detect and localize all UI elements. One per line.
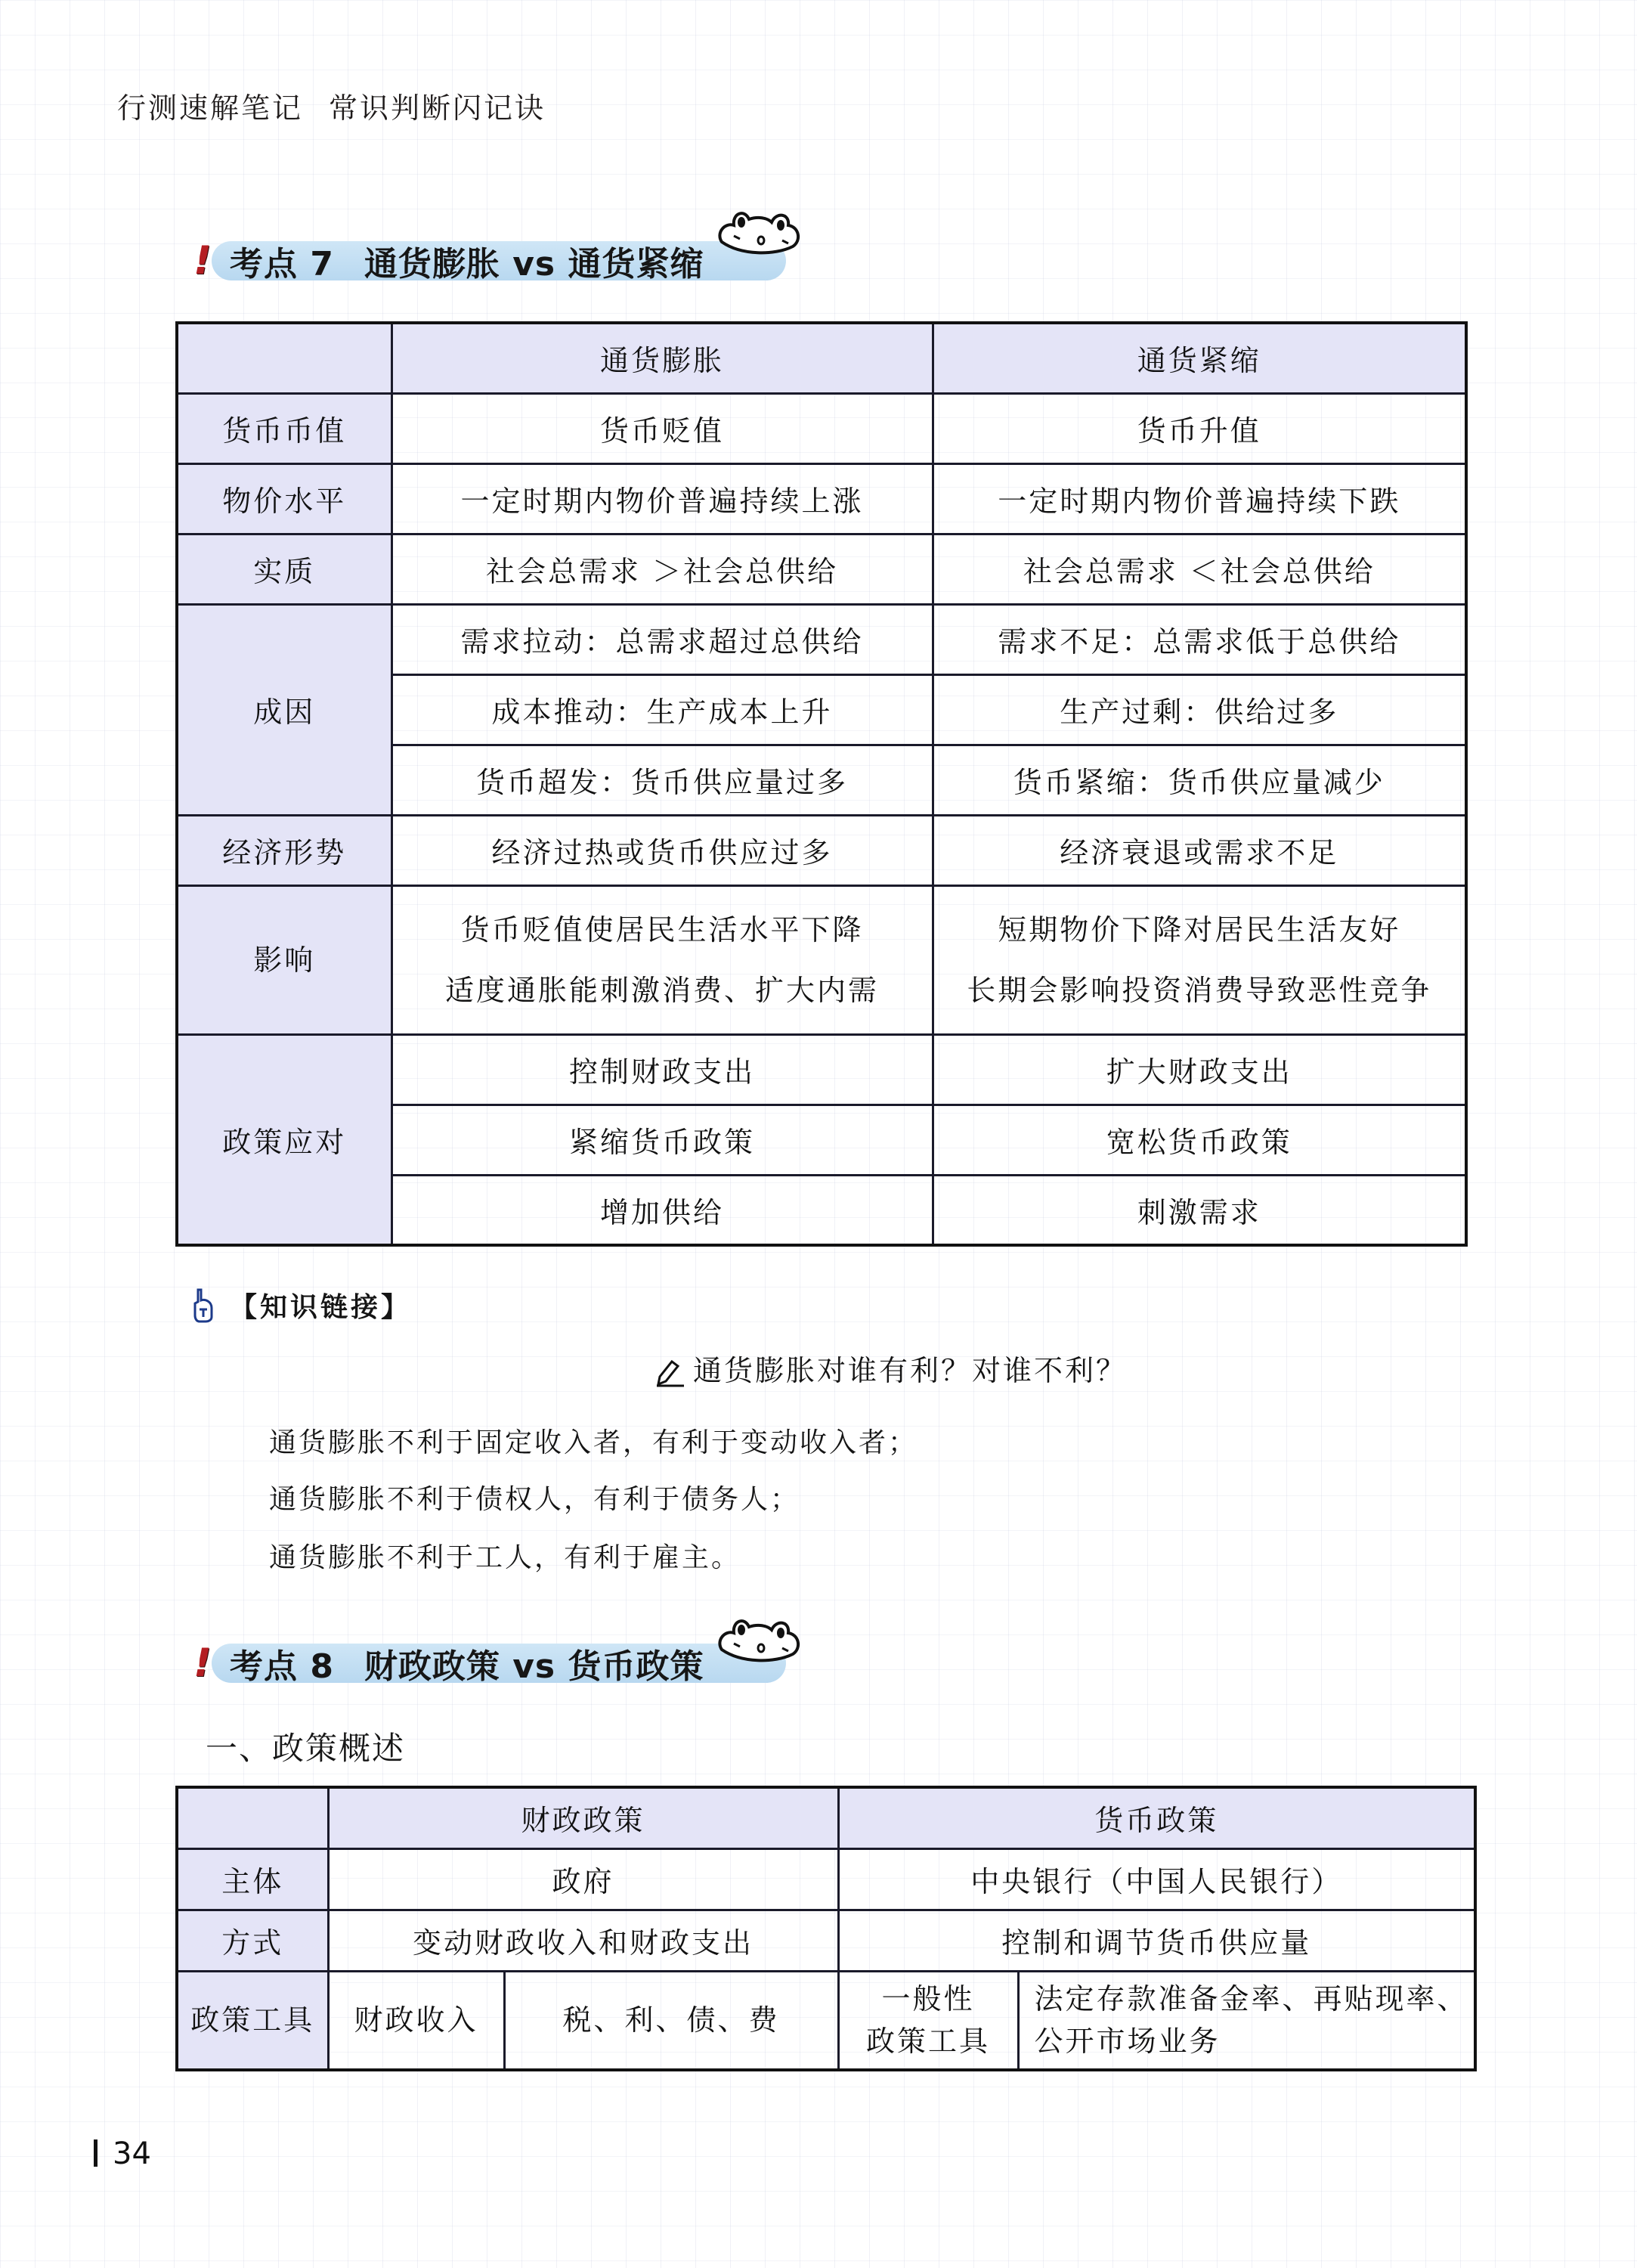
cell-deflation: 生产过剩：供给过多 — [933, 674, 1466, 745]
header-deflation: 通货紧缩 — [933, 323, 1466, 393]
table-row: 经济形势 经济过热或货币供应过多 经济衰退或需求不足 — [177, 815, 1466, 885]
knowledge-line: 通货膨胀不利于工人，有利于雇主。 — [269, 1536, 741, 1575]
cell-inflation: 需求拉动：总需求超过总供给 — [391, 604, 933, 674]
knowledge-link-label: 【知识链接】 — [224, 1286, 417, 1325]
question-text: 通货膨胀对谁有利？对谁不利？ — [693, 1354, 1127, 1387]
book-title: 行测速解笔记 — [117, 91, 303, 125]
items-line: 公开市场业务 — [1035, 2020, 1475, 2062]
running-header: 行测速解笔记常识判断闪记诀 — [117, 85, 546, 126]
table-row: 货币币值 货币贬值 货币升值 — [177, 393, 1466, 463]
row-label-method: 方式 — [177, 1910, 328, 1971]
cell-fiscal-category: 财政收入 — [328, 1971, 504, 2070]
inflation-deflation-table: 通货膨胀 通货紧缩 货币币值 货币贬值 货币升值 物价水平 一定时期内物价普遍持… — [175, 321, 1468, 1247]
cell-inflation: 货币贬值 — [391, 393, 933, 463]
cell-inflation: 货币贬值使居民生活水平下降 适度通胀能刺激消费、扩大内需 — [391, 885, 933, 1034]
page-number: 34 — [94, 2136, 151, 2171]
row-label-policy-response: 政策应对 — [177, 1034, 391, 1245]
impact-line: 短期物价下降对居民生活友好 — [934, 900, 1465, 960]
cell-fiscal: 变动财政收入和财政支出 — [328, 1910, 838, 1971]
cell-deflation: 刺激需求 — [933, 1175, 1466, 1245]
cell-inflation: 一定时期内物价普遍持续上涨 — [391, 463, 933, 534]
cell-fiscal: 政府 — [328, 1848, 838, 1910]
section-8-name: 财政政策 vs 货币政策 — [364, 1647, 704, 1686]
cell-monetary-items: 法定存款准备金率、再贴现率、 公开市场业务 — [1018, 1971, 1475, 2070]
cell-inflation: 货币超发：货币供应量过多 — [391, 745, 933, 815]
category-line: 一般性 — [840, 1978, 1017, 2020]
cell-inflation: 经济过热或货币供应过多 — [391, 815, 933, 885]
section-8-title: ! 考点 8财政政策 vs 货币政策 — [189, 1633, 794, 1693]
cell-deflation: 短期物价下降对居民生活友好 长期会影响投资消费导致恶性竞争 — [933, 885, 1466, 1034]
row-label-price-level: 物价水平 — [177, 463, 391, 534]
table-row: 主体 政府 中央银行（中国人民银行） — [177, 1848, 1475, 1910]
page-number-bar — [94, 2139, 97, 2167]
cell-inflation: 社会总需求 ＞社会总供给 — [391, 534, 933, 604]
cell-deflation: 宽松货币政策 — [933, 1105, 1466, 1175]
row-label-tools: 政策工具 — [177, 1971, 328, 2070]
table-row: 影响 货币贬值使居民生活水平下降 适度通胀能刺激消费、扩大内需 短期物价下降对居… — [177, 885, 1466, 1034]
cell-monetary: 控制和调节货币供应量 — [838, 1910, 1475, 1971]
table-row: 政策应对 控制财政支出 扩大财政支出 — [177, 1034, 1466, 1105]
knowledge-question: 通货膨胀对谁有利？对谁不利？ — [0, 1347, 1637, 1389]
row-label-causes: 成因 — [177, 604, 391, 815]
table-header-row: 通货膨胀 通货紧缩 — [177, 323, 1466, 393]
cell-deflation: 社会总需求 ＜社会总供给 — [933, 534, 1466, 604]
exclamation-icon: ! — [189, 238, 216, 283]
fiscal-monetary-table: 财政政策 货币政策 主体 政府 中央银行（中国人民银行） 方式 变动财政收入和财… — [175, 1786, 1477, 2071]
cell-deflation: 扩大财政支出 — [933, 1034, 1466, 1105]
cell-monetary: 中央银行（中国人民银行） — [838, 1848, 1475, 1910]
row-label-currency-value: 货币币值 — [177, 393, 391, 463]
header-inflation: 通货膨胀 — [391, 323, 933, 393]
table-row: 物价水平 一定时期内物价普遍持续上涨 一定时期内物价普遍持续下跌 — [177, 463, 1466, 534]
section-7-title: ! 考点 7通货膨胀 vs 通货紧缩 — [189, 231, 794, 291]
policy-overview-subheading: 一、政策概述 — [206, 1724, 405, 1769]
section-8-number: 考点 8 — [230, 1647, 334, 1686]
section-7-name: 通货膨胀 vs 通货紧缩 — [364, 245, 704, 283]
table-row: 成因 需求拉动：总需求超过总供给 需求不足：总需求低于总供给 — [177, 604, 1466, 674]
cell-deflation: 货币升值 — [933, 393, 1466, 463]
impact-line: 长期会影响投资消费导致恶性竞争 — [934, 960, 1465, 1021]
category-line: 政策工具 — [840, 2020, 1017, 2062]
section-8-heading: 考点 8财政政策 vs 货币政策 — [230, 1639, 704, 1687]
row-label-subject: 主体 — [177, 1848, 328, 1910]
row-label-impact: 影响 — [177, 885, 391, 1034]
cell-deflation: 一定时期内物价普遍持续下跌 — [933, 463, 1466, 534]
pointing-hand-icon — [193, 1287, 215, 1323]
cell-monetary-category: 一般性 政策工具 — [838, 1971, 1018, 2070]
table-header-row: 财政政策 货币政策 — [177, 1787, 1475, 1848]
section-7-number: 考点 7 — [230, 245, 334, 283]
frog-mascot-icon — [714, 1610, 805, 1671]
cell-inflation: 紧缩货币政策 — [391, 1105, 933, 1175]
table-row: 实质 社会总需求 ＞社会总供给 社会总需求 ＜社会总供给 — [177, 534, 1466, 604]
header-blank-cell — [177, 323, 391, 393]
cell-inflation: 成本推动：生产成本上升 — [391, 674, 933, 745]
table-row: 方式 变动财政收入和财政支出 控制和调节货币供应量 — [177, 1910, 1475, 1971]
section-7-heading: 考点 7通货膨胀 vs 通货紧缩 — [230, 237, 704, 285]
cell-inflation: 增加供给 — [391, 1175, 933, 1245]
cell-deflation: 经济衰退或需求不足 — [933, 815, 1466, 885]
frog-mascot-icon — [714, 203, 805, 263]
chapter-title: 常识判断闪记诀 — [329, 91, 546, 125]
cell-fiscal-items: 税、利、债、费 — [504, 1971, 838, 2070]
header-monetary-policy: 货币政策 — [838, 1787, 1475, 1848]
row-label-economic-situation: 经济形势 — [177, 815, 391, 885]
table-row: 政策工具 财政收入 税、利、债、费 一般性 政策工具 法定存款准备金率、再贴现率… — [177, 1971, 1475, 2070]
knowledge-link-heading: 【知识链接】 — [193, 1282, 417, 1328]
cell-inflation: 控制财政支出 — [391, 1034, 933, 1105]
header-fiscal-policy: 财政政策 — [328, 1787, 838, 1848]
cell-deflation: 货币紧缩：货币供应量减少 — [933, 745, 1466, 815]
row-label-essence: 实质 — [177, 534, 391, 604]
pencil-note-icon — [654, 1359, 687, 1389]
knowledge-line: 通货膨胀不利于债权人，有利于债务人； — [269, 1478, 800, 1517]
items-line: 法定存款准备金率、再贴现率、 — [1035, 1978, 1475, 2020]
page-number-text: 34 — [113, 2136, 151, 2171]
header-blank-cell — [177, 1787, 328, 1848]
impact-line: 货币贬值使居民生活水平下降 — [393, 900, 932, 960]
cell-deflation: 需求不足：总需求低于总供给 — [933, 604, 1466, 674]
knowledge-line: 通货膨胀不利于固定收入者，有利于变动收入者； — [269, 1421, 918, 1460]
exclamation-icon: ! — [189, 1641, 216, 1686]
impact-line: 适度通胀能刺激消费、扩大内需 — [393, 960, 932, 1021]
